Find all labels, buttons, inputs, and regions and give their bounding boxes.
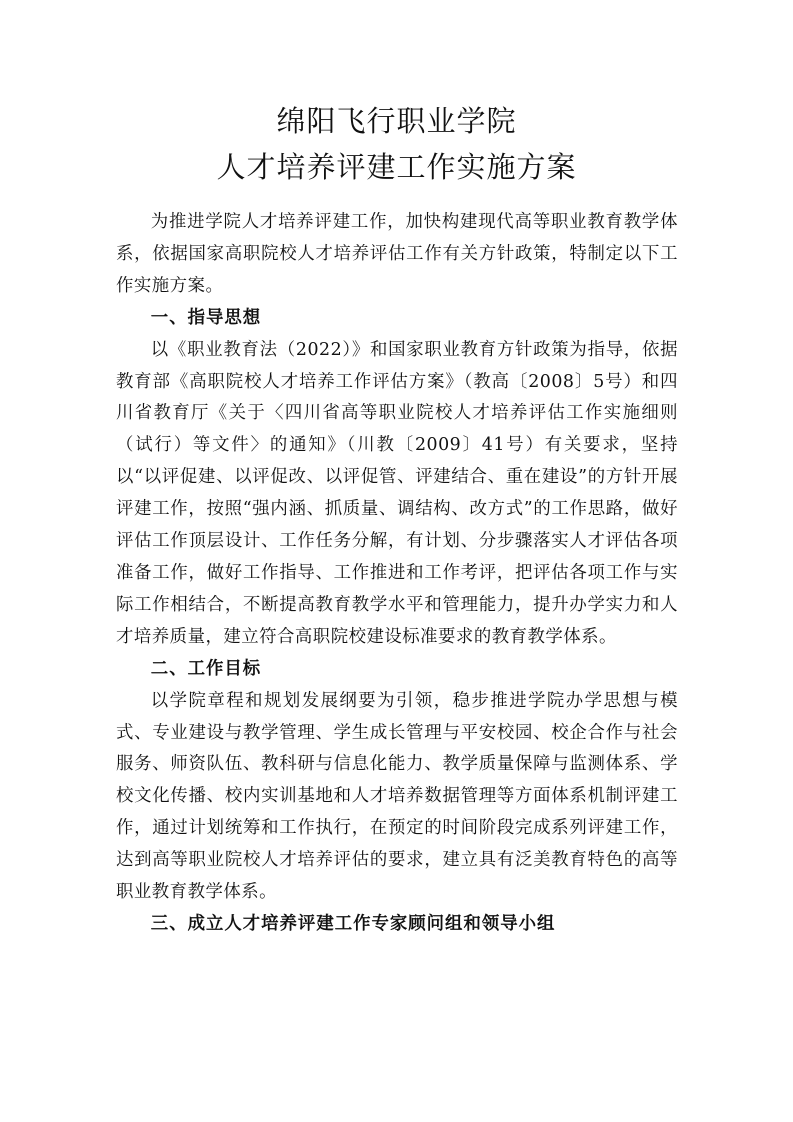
section-heading-guiding-ideology: 一、指导思想 — [116, 303, 678, 335]
section-paragraph-guiding-ideology: 以《职业教育法（2022）》和国家职业教育方针政策为指导，依据教育部《高职院校人… — [116, 335, 678, 654]
section-heading-expert-group: 三、成立人才培养评建工作专家顾问组和领导小组 — [116, 909, 678, 941]
document-title-institution: 绵阳飞行职业学院 — [0, 99, 793, 140]
intro-paragraph: 为推进学院人才培养评建工作，加快构建现代高等职业教育教学体系，依据国家高职院校人… — [116, 207, 678, 303]
document-page: 绵阳飞行职业学院 人才培养评建工作实施方案 为推进学院人才培养评建工作，加快构建… — [0, 0, 793, 1122]
section-heading-work-goals: 二、工作目标 — [116, 654, 678, 686]
document-body: 为推进学院人才培养评建工作，加快构建现代高等职业教育教学体系，依据国家高职院校人… — [116, 207, 678, 941]
document-title-plan: 人才培养评建工作实施方案 — [0, 145, 793, 186]
section-paragraph-work-goals: 以学院章程和规划发展纲要为引领，稳步推进学院办学思想与模式、专业建设与教学管理、… — [116, 686, 678, 909]
